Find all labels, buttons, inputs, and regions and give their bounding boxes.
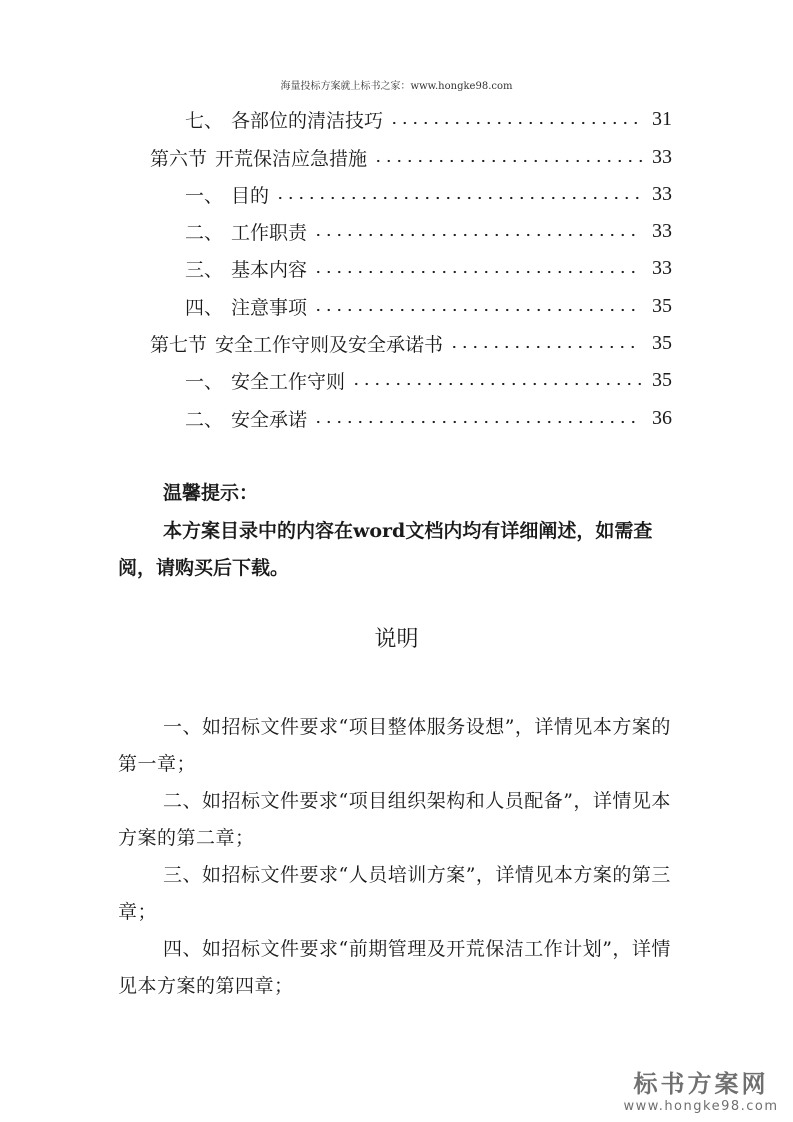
tip-body: 本方案目录中的内容在word文档内均有详细阐述，如需查阅，请购买后下载。 [118,513,678,587]
toc-leader-dots [373,142,642,172]
description-paragraph: 一、如招标文件要求“项目整体服务设想”，详情见本方案的第一章； [118,709,678,783]
toc-entry[interactable]: 第七节 安全工作守则及安全承诺书 35 [150,328,672,358]
toc-page-number: 33 [650,220,672,243]
toc-title: 开荒保洁应急措施 [215,144,367,171]
toc-page-number: 33 [650,146,672,169]
toc-title: 安全工作守则及安全承诺书 [215,330,443,357]
toc-title: 安全工作守则 [231,367,345,394]
description-paragraph: 四、如招标文件要求“前期管理及开荒保洁工作计划”，详情见本方案的第四章； [118,931,678,1005]
toc-entry[interactable]: 一、 安全工作守则 35 [185,365,672,395]
section-title: 说明 [0,622,793,653]
tip-title: 温馨提示： [163,478,258,505]
header-note: 海量投标方案就上标书之家：www.hongke98.com [0,77,793,92]
toc-page-number: 33 [650,257,672,280]
description-paragraph: 三、如招标文件要求“人员培训方案”，详情见本方案的第三章； [118,857,678,931]
toc-title: 工作职责 [231,218,307,245]
toc-prefix: 一、 [185,367,223,394]
toc-entry[interactable]: 三、 基本内容 33 [185,253,672,283]
toc-prefix: 第六节 [150,144,207,171]
toc-prefix: 一、 [185,181,223,208]
toc-page-number: 35 [650,332,672,355]
toc-title: 各部位的清洁技巧 [231,106,383,133]
toc-leader-dots [313,403,642,433]
toc-leader-dots [449,328,642,358]
description-paragraph: 二、如招标文件要求“项目组织架构和人员配备”，详情见本方案的第二章； [118,783,678,857]
toc-leader-dots [313,291,642,321]
toc-entry[interactable]: 第六节 开荒保洁应急措施 33 [150,142,672,172]
toc-leader-dots [313,216,642,246]
toc-entry[interactable]: 一、 目的 33 [185,179,672,209]
toc-title: 目的 [231,181,269,208]
toc-leader-dots [389,104,642,134]
toc-title: 基本内容 [231,255,307,282]
watermark-title: 标书方案网 [621,1064,781,1099]
toc-prefix: 二、 [185,405,223,432]
watermark-url: www.hongke98.com [621,1099,781,1114]
toc-prefix: 三、 [185,255,223,282]
toc-leader-dots [313,253,642,283]
toc-title: 安全承诺 [231,405,307,432]
toc-page-number: 35 [650,369,672,392]
toc-entry[interactable]: 四、 注意事项 35 [185,291,672,321]
toc-leader-dots [351,365,642,395]
toc-entry[interactable]: 七、 各部位的清洁技巧 31 [185,104,672,134]
toc-leader-dots [275,179,642,209]
toc-page-number: 33 [650,183,672,206]
toc-entry[interactable]: 二、 安全承诺 36 [185,403,672,433]
toc-prefix: 二、 [185,218,223,245]
toc-page-number: 36 [650,407,672,430]
toc-page-number: 35 [650,295,672,318]
toc-prefix: 七、 [185,106,223,133]
toc-entry[interactable]: 二、 工作职责 33 [185,216,672,246]
watermark-logo: 标书方案网 www.hongke98.com [621,1064,781,1114]
toc-page-number: 31 [650,108,672,131]
toc-prefix: 四、 [185,293,223,320]
toc-title: 注意事项 [231,293,307,320]
toc-prefix: 第七节 [150,330,207,357]
